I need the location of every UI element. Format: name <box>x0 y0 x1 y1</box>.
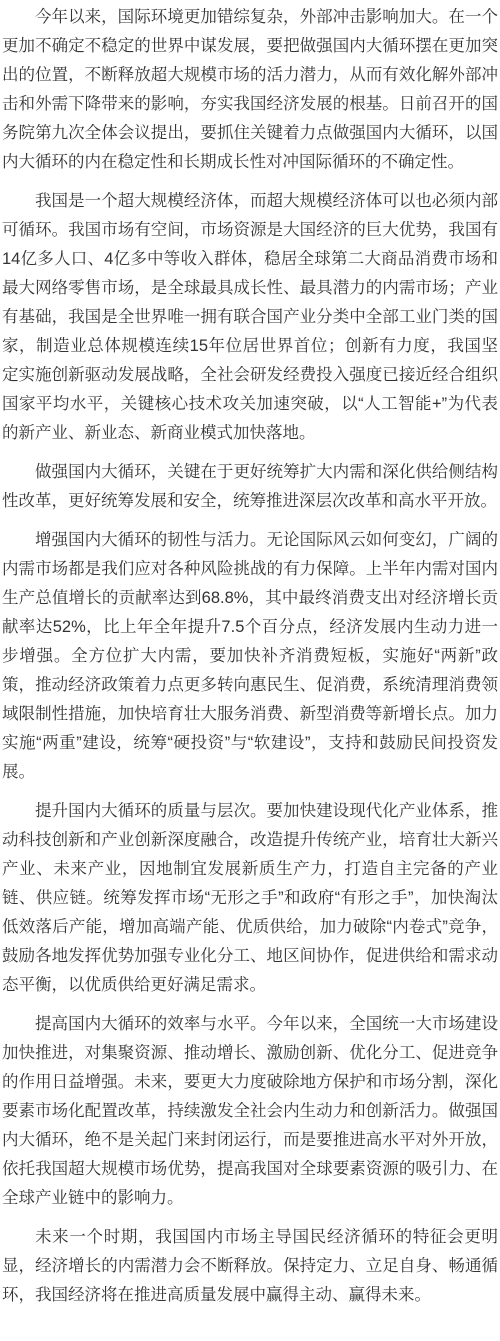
article-paragraph-7: 未来一个时期，我国国内市场主导国民经济循环的特征会更明显，经济增长的内需潜力会不… <box>2 1223 498 1310</box>
article-paragraph-2: 我国是一个超大规模经济体，而超大规模经济体可以也必须内部可循环。我国市场有空间，… <box>2 187 498 448</box>
article-paragraph-4: 增强国内大循环的韧性与活力。无论国际风云如何变幻，广阔的内需市场都是我们应对各种… <box>2 526 498 787</box>
article-paragraph-3: 做强国内大循环，关键在于更好统筹扩大内需和深化供给侧结构性改革，更好统筹发展和安… <box>2 458 498 516</box>
article-paragraph-5: 提升国内大循环的质量与层次。要加快建设现代化产业体系，推动科技创新和产业创新深度… <box>2 797 498 1000</box>
article-paragraph-6: 提高国内大循环的效率与水平。今年以来，全国统一大市场建设加快推进，对集聚资源、推… <box>2 1010 498 1213</box>
article-paragraph-1: 今年以来，国际环境更加错综复杂，外部冲击影响加大。在一个更加不确定不稳定的世界中… <box>2 3 498 177</box>
article-body: 今年以来，国际环境更加错综复杂，外部冲击影响加大。在一个更加不确定不稳定的世界中… <box>2 3 498 1310</box>
